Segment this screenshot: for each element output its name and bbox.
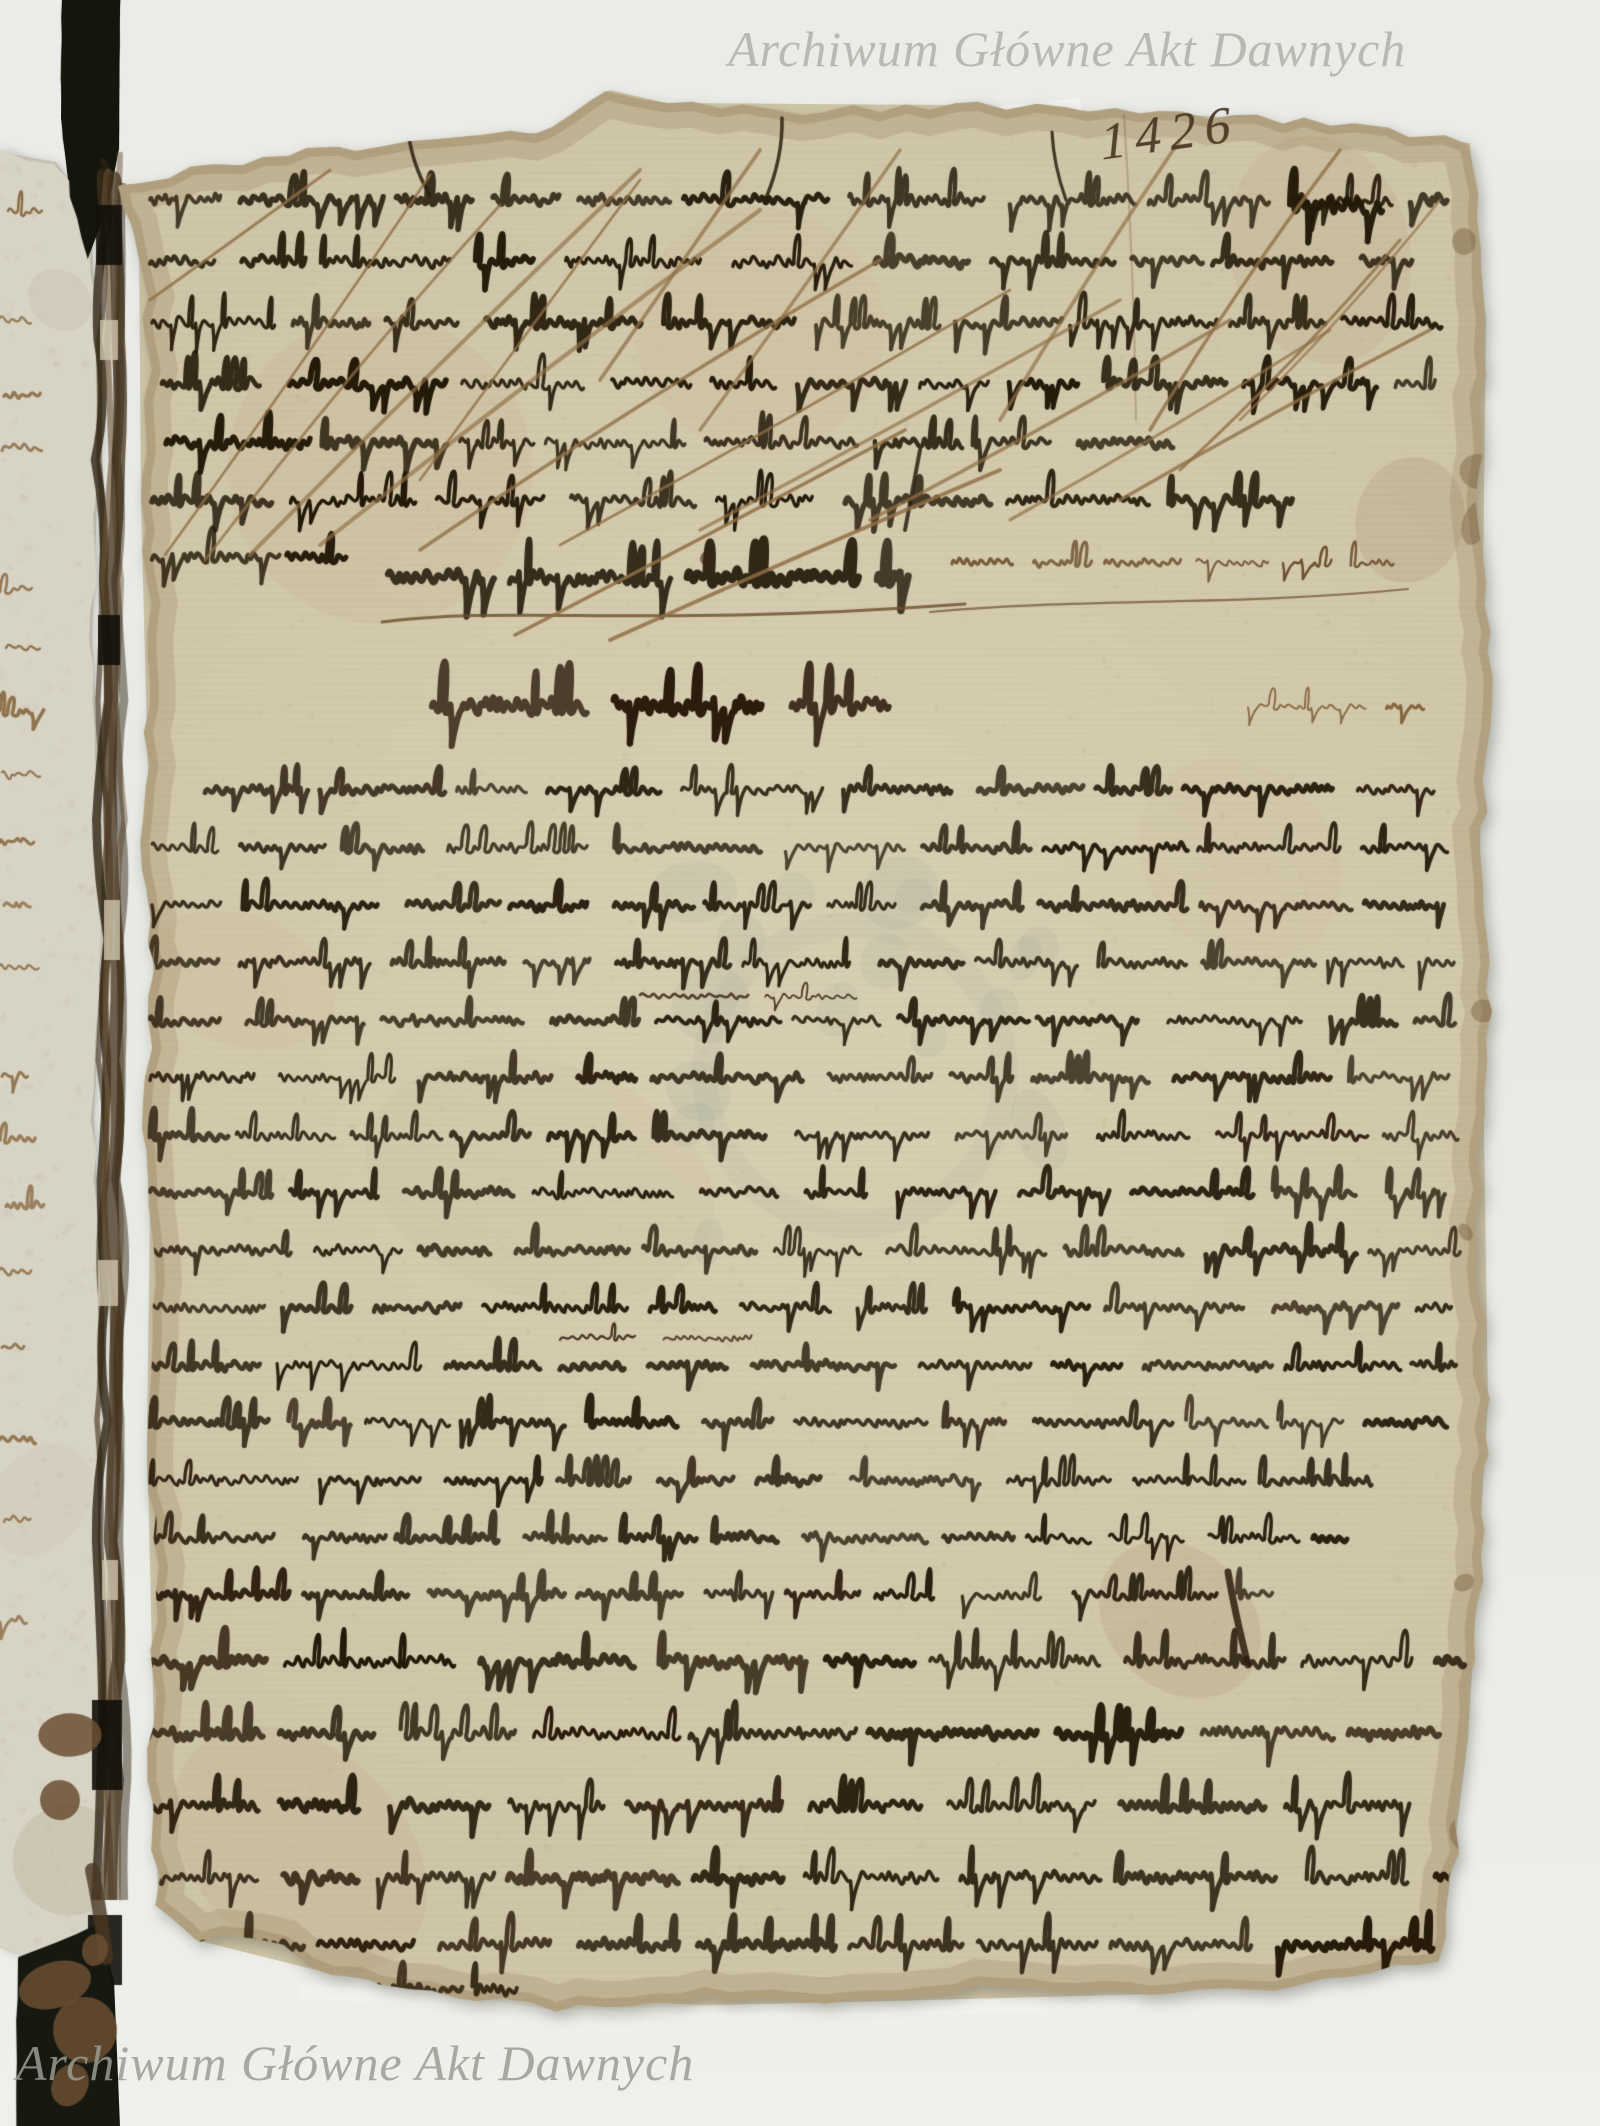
manuscript-scan: 1426 Archiwum Główne Akt Dawnych Archiwu… bbox=[0, 0, 1600, 2126]
ink-and-paper-layer bbox=[0, 0, 1600, 2126]
